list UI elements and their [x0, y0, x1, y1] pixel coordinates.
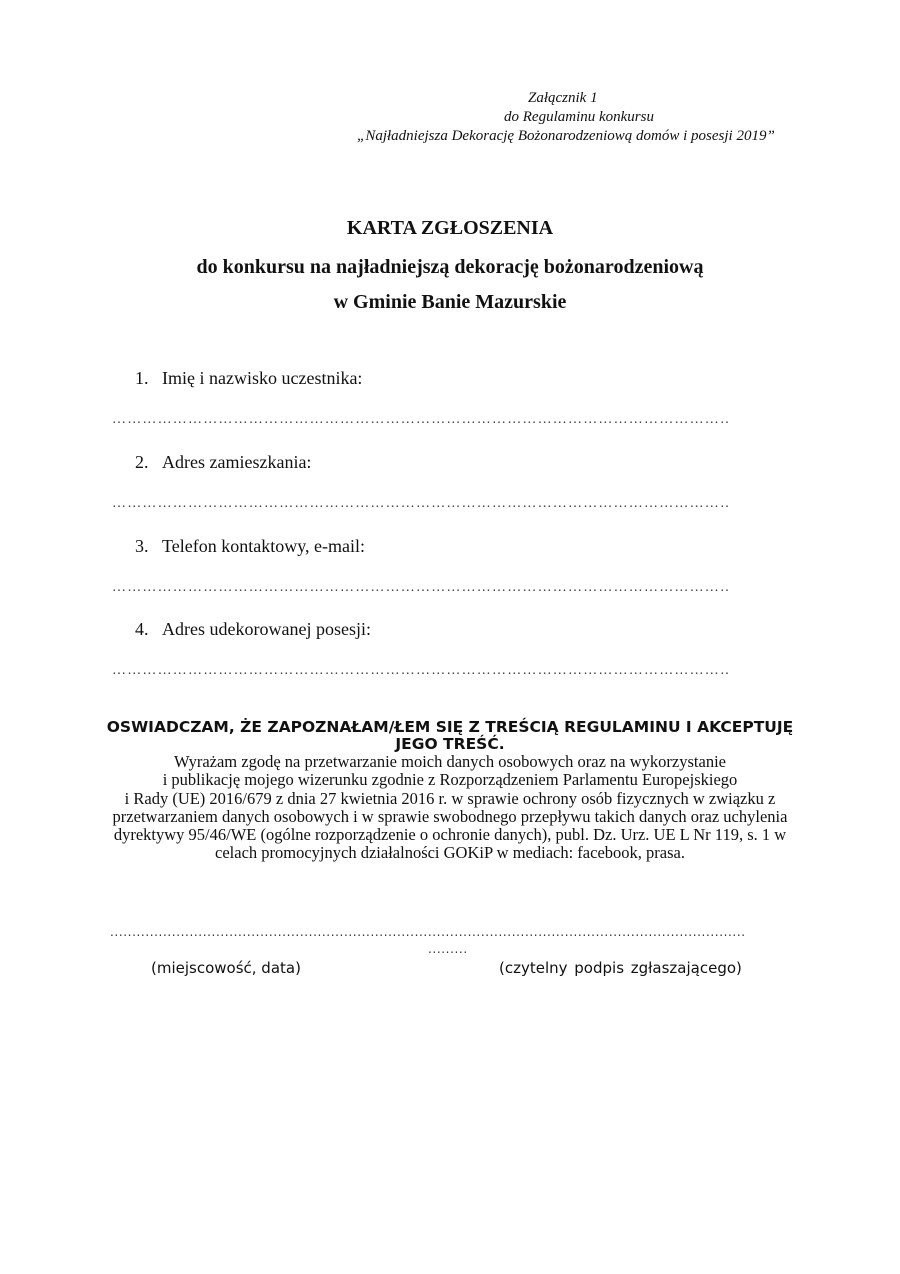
consent-line: przetwarzaniem danych osobowych i w spra…	[108, 808, 792, 826]
declaration-heading: OSWIADCZAM, ŻE ZAPOZNAŁAM/ŁEM SIĘ Z TREŚ…	[0, 719, 900, 736]
page-title: KARTA ZGŁOSZENIA	[0, 217, 900, 240]
field-input-property-address[interactable]: ……………………………………………………………………………………………………………	[112, 663, 728, 679]
annex-contest-name: „Najładniejsza Dekorację Bożonarodzeniow…	[357, 127, 775, 146]
annex-reference: do Regulaminu konkursu	[504, 108, 654, 127]
field-number: 4.	[135, 619, 162, 640]
field-input-name[interactable]: ……………………………………………………………………………………………………………	[112, 412, 728, 428]
consent-line: i publikację mojego wizerunku zgodnie z …	[108, 771, 792, 789]
consent-line: celach promocyjnych działalności GOKiP w…	[108, 844, 792, 862]
field-label-text: Adres udekorowanej posesji:	[162, 619, 371, 639]
field-input-contact[interactable]: ……………………………………………………………………………………………………………	[112, 580, 728, 596]
declaration-heading-continued: JEGO TREŚĆ.	[0, 736, 900, 753]
field-label-text: Imię i nazwisko uczestnika:	[162, 368, 362, 388]
field-number: 3.	[135, 536, 162, 557]
consent-line: i Rady (UE) 2016/679 z dnia 27 kwietnia …	[108, 790, 792, 808]
field-input-address[interactable]: ……………………………………………………………………………………………………………	[112, 496, 728, 512]
field-label-text: Telefon kontaktowy, e-mail:	[162, 536, 365, 556]
field-label-address: 2.Adres zamieszkania:	[135, 452, 311, 473]
page-subtitle: do konkursu na najładniejszą dekorację b…	[0, 256, 900, 279]
place-date-label: (miejscowość, data)	[151, 959, 301, 977]
field-label-name: 1.Imię i nazwisko uczestnika:	[135, 368, 362, 389]
consent-paragraph: Wyrażam zgodę na przetwarzanie moich dan…	[108, 753, 792, 863]
signature-label: (czytelny podpis zgłaszającego)	[499, 959, 742, 977]
annex-number: Załącznik 1	[528, 89, 598, 108]
consent-line: dyrektywy 95/46/WE (ogólne rozporządzeni…	[108, 826, 792, 844]
page-subtitle-location: w Gminie Banie Mazurskie	[0, 291, 900, 314]
field-number: 2.	[135, 452, 162, 473]
field-label-text: Adres zamieszkania:	[162, 452, 311, 472]
signature-dotted-line[interactable]: ........................................…	[110, 925, 792, 939]
signature-dotted-line-continued: .........	[428, 942, 468, 956]
field-label-contact: 3.Telefon kontaktowy, e-mail:	[135, 536, 365, 557]
consent-line: Wyrażam zgodę na przetwarzanie moich dan…	[108, 753, 792, 771]
field-number: 1.	[135, 368, 162, 389]
field-label-property-address: 4.Adres udekorowanej posesji:	[135, 619, 371, 640]
